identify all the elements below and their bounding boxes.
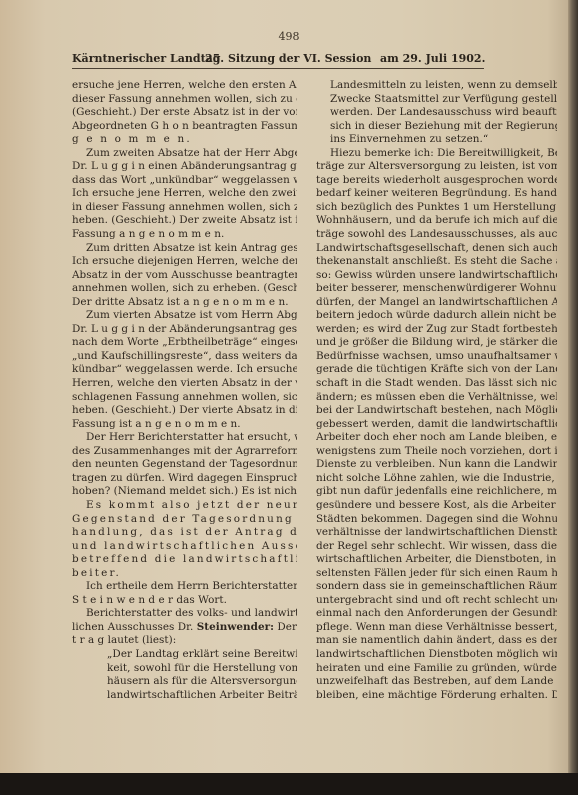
page-gutter-edge	[568, 0, 578, 773]
text-line: bedarf keiner weiteren Begründung. Es ha…	[316, 187, 557, 201]
text-line: pflege. Wenn man diese Verhältnisse bess…	[316, 621, 557, 635]
text-line: Dr. L u g g i n einen Abänderungsantrag …	[72, 160, 297, 174]
document-page: 498 Kärntnerischer Landtag 25. Sitzung d…	[0, 0, 570, 773]
text-line: Städten bekommen. Dagegen sind die Wohnu…	[316, 513, 557, 527]
text-line: und landwirtschaftlichen Ausschusses,	[72, 540, 297, 554]
text-line: handlung, das ist der Antrag des volks-	[72, 526, 297, 540]
text-line: nach dem Worte „Erbtheilbeträge“ eingesc…	[72, 336, 297, 350]
running-head-left: Kärntnerischer Landtag	[72, 52, 221, 65]
text-line: heben. (Geschieht.) Der zweite Absatz is…	[72, 214, 297, 228]
text-line: beiter besserer, menschenwürdigerer Wohn…	[316, 282, 557, 296]
text-line: ersuche jene Herren, welche den ersten A…	[72, 79, 297, 93]
text-line: und je größer die Bildung wird, je stärk…	[316, 336, 557, 350]
text-line: der Regel sehr schlecht. Wir wissen, das…	[316, 540, 557, 554]
text-line: g e n o m m e n.	[72, 133, 297, 147]
text-line: untergebracht sind und oft recht schlech…	[316, 594, 557, 608]
text-line: heben. (Geschieht.) Der vierte Absatz in…	[72, 404, 297, 418]
text-line: Der dritte Absatz ist a n g e n o m m e …	[72, 296, 297, 310]
text-line: Zum zweiten Absatze hat der Herr Abgeord…	[72, 147, 297, 161]
text-line: schaft in die Stadt wenden. Das lässt si…	[316, 377, 557, 391]
text-line: sich in dieser Beziehung mit der Regieru…	[316, 120, 557, 134]
speaker-name: Steinwender:	[197, 621, 274, 633]
text-line: „und Kaufschillingsreste“, dass weiters …	[72, 350, 297, 364]
text-line: seltensten Fällen jeder für sich einen R…	[316, 567, 557, 581]
text-line: tragen zu dürfen. Wird dagegen Einspruch…	[72, 472, 297, 486]
running-head-right: am 29. Juli 1902.	[380, 52, 485, 65]
text-line: S t e i n w e n d e r das Wort.	[72, 594, 297, 608]
text-line: schlagenen Fassung annehmen wollen, sich…	[72, 391, 297, 405]
right-text-column: Landesmitteln zu leisten, wenn zu demsel…	[316, 79, 557, 702]
text-line: träge zur Altersversorgung zu leisten, i…	[316, 160, 557, 174]
text-line: Arbeiter doch eher noch am Lande bleiben…	[316, 431, 557, 445]
text-line: Hiezu bemerke ich: Die Bereitwilligkeit,…	[316, 147, 557, 161]
text-line: Fassung a n g e n o m m e n.	[72, 228, 297, 242]
text-line: Abgeordneten G h o n beantragten Fassung…	[72, 120, 297, 134]
text-line: den neunten Gegenstand der Tagesordnung …	[72, 458, 297, 472]
scan-background	[0, 773, 578, 795]
text-line: Bedürfnisse wachsen, umso unaufhaltsamer…	[316, 350, 557, 364]
text-line: beiter.	[72, 567, 297, 581]
running-head-center: 25. Sitzung der VI. Session	[205, 52, 371, 65]
text-line: Der Herr Berichterstatter hat ersucht, w…	[72, 431, 297, 445]
text-line: Ich ertheile dem Herrn Berichterstatter …	[72, 580, 297, 594]
text-line: unzweifelhaft das Bestreben, auf dem Lan…	[316, 675, 557, 689]
text-line: in dieser Fassung annehmen wollen, sich …	[72, 201, 297, 215]
text-line: bei der Landwirtschaft bestehen, nach Mö…	[316, 404, 557, 418]
text-line: ins Einvernehmen zu setzen.“	[316, 133, 557, 147]
text-line: Ich ersuche jene Herren, welche den zwei…	[72, 187, 297, 201]
text-line: Zwecke Staatsmittel zur Verfügung gestel…	[316, 93, 557, 107]
text-line: beitern jedoch würde dadurch allein nich…	[316, 309, 557, 323]
text-line: so: Gewiss würden unsere landwirtschaftl…	[316, 269, 557, 283]
text-line: (Geschieht.) Der erste Absatz ist in der…	[72, 106, 297, 120]
page-number: 498	[0, 30, 578, 43]
text-line: dürfen, der Mangel an landwirtschaftlich…	[316, 296, 557, 310]
text-line: bleiben, eine mächtige Förderung erhalte…	[316, 689, 557, 703]
text-line: Absatz in der vom Ausschusse beantragten…	[72, 269, 297, 283]
text-line: betreffend die landwirtschaftlichen Ar-	[72, 553, 297, 567]
text-line: träge sowohl des Landesausschusses, als …	[316, 228, 557, 242]
text-line: Dienste zu verbleiben. Nun kann die Land…	[316, 458, 557, 472]
text-line: einmal nach den Anforderungen der Gesund…	[316, 607, 557, 621]
text-line: wenigstens zum Theile noch vorziehen, do…	[316, 445, 557, 459]
text-line: thekenanstalt anschließt. Es steht die S…	[316, 255, 557, 269]
text-line: Ich ersuche diejenigen Herren, welche de…	[72, 255, 297, 269]
text-line: nicht solche Löhne zahlen, wie die Indus…	[316, 472, 557, 486]
text-line: sondern dass sie in gemeinschaftlichen R…	[316, 580, 557, 594]
text-line: landwirtschaftlichen Arbeiter Beiträge a…	[72, 689, 297, 703]
text-line: annehmen wollen, sich zu erheben. (Gesch…	[72, 282, 297, 296]
text-line: landwirtschaftlichen Dienstboten möglich…	[316, 648, 557, 662]
text-line: heiraten und eine Familie zu gründen, wü…	[316, 662, 557, 676]
text-line: Berichterstatter des volks- und landwirt…	[72, 607, 297, 621]
text-line: „Der Landtag erklärt seine Bereitwillig-	[72, 648, 297, 662]
text-line: tage bereits wiederholt ausgesprochen wo…	[316, 174, 557, 188]
text-line: hoben? (Niemand meldet sich.) Es ist nic…	[72, 485, 297, 499]
text-line: lichen Ausschusses Dr. Steinwender: Der …	[72, 621, 297, 635]
text-line: keit, sowohl für die Herstellung von Woh…	[72, 662, 297, 676]
text-line: kündbar“ weggelassen werde. Ich ersuche …	[72, 363, 297, 377]
text-line: Wohnhäusern, und da berufe ich mich auf …	[316, 214, 557, 228]
text-line: werden; es wird der Zug zur Stadt fortbe…	[316, 323, 557, 337]
text-line: Es kommt also jetzt der neunte	[72, 499, 297, 513]
text-line: wirtschaftlichen Arbeiter, die Dienstbot…	[316, 553, 557, 567]
text-line: dass das Wort „unkündbar“ weggelassen we…	[72, 174, 297, 188]
text-line: des Zusammenhanges mit der Agrarreform j…	[72, 445, 297, 459]
text-line: ändern; es müssen eben die Verhältnisse,…	[316, 391, 557, 405]
text-line: t r a g lautet (liest):	[72, 634, 297, 648]
text-line: man sie namentlich dahin ändert, dass es…	[316, 634, 557, 648]
text-line: Landesmitteln zu leisten, wenn zu demsel…	[316, 79, 557, 93]
text-line: gerade die tüchtigen Kräfte sich von der…	[316, 363, 557, 377]
text-line: werden. Der Landesausschuss wird beauftr…	[316, 106, 557, 120]
text-line: Fassung ist a n g e n o m m e n.	[72, 418, 297, 432]
running-head: Kärntnerischer Landtag 25. Sitzung der V…	[72, 52, 484, 69]
text-line: verhältnisse der landwirtschaftlichen Di…	[316, 526, 557, 540]
text-line: Zum dritten Absatze ist kein Antrag gest…	[72, 242, 297, 256]
text-line: gebessert werden, damit die landwirtscha…	[316, 418, 557, 432]
text-line: Gegenstand der Tagesordnung zur Ver-	[72, 513, 297, 527]
text-line: häusern als für die Altersversorgung der	[72, 675, 297, 689]
text-line: sich bezüglich des Punktes 1 um Herstell…	[316, 201, 557, 215]
text-line: gesündere und bessere Kost, als die Arbe…	[316, 499, 557, 513]
text-line: Dr. L u g g i n der Abänderungsantrag ge…	[72, 323, 297, 337]
text-line: dieser Fassung annehmen wollen, sich zu …	[72, 93, 297, 107]
text-line: Zum vierten Absatze ist vom Herrn Abgeor…	[72, 309, 297, 323]
text-line: gibt nun dafür jedenfalls eine reichlich…	[316, 485, 557, 499]
text-line: Landwirtschaftsgesellschaft, denen sich …	[316, 242, 557, 256]
left-text-column: ersuche jene Herren, welche den ersten A…	[72, 79, 297, 702]
text-line: Herren, welche den vierten Absatz in der…	[72, 377, 297, 391]
